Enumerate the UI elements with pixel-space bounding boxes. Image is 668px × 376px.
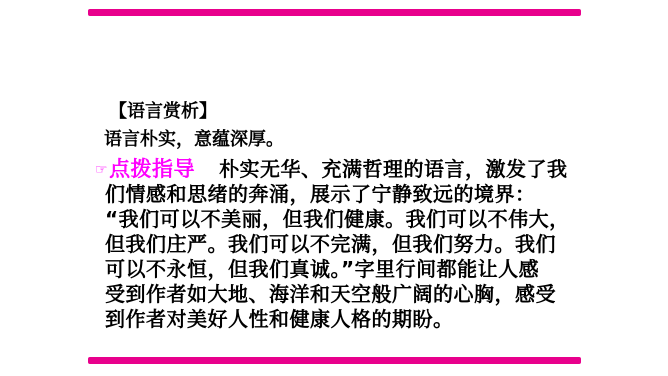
paragraph-line: “我们可以不美丽，但我们健康。我们可以不伟大， [105,207,570,232]
slide-canvas: 【语言赏析】 语言朴实，意蕴深厚。 ☞点拨指导朴实无华、充满哲理的语言，激发了我… [0,0,668,376]
paragraph-line: ☞点拨指导朴实无华、充满哲理的语言，激发了我 [95,157,570,182]
pointing-hand-icon: ☞ [95,162,108,178]
top-accent-bar [88,9,581,16]
paragraph-line-text: 朴实无华、充满哲理的语言，激发了我 [219,157,568,181]
paragraph-line: 可以不永恒，但我们真诚。”字里行间都能让人感 [105,257,570,282]
paragraph-line: 但我们庄严。我们可以不完满，但我们努力。我们 [105,232,570,257]
subtitle-line: 语言朴实，意蕴深厚。 [104,128,284,152]
paragraph-line: 到作者对美好人性和健康人格的期盼。 [105,307,570,332]
bottom-accent-bar [88,357,581,364]
paragraph-line: 受到作者如大地、海洋和天空般广阔的心胸，感受 [105,282,570,307]
page-title: 【语言赏析】 [109,100,217,124]
paragraph-line: 们情感和思绪的奔涌，展示了宁静致远的境界： [105,182,570,207]
lead-label: 点拨指导 [109,157,195,181]
analysis-paragraph: ☞点拨指导朴实无华、充满哲理的语言，激发了我 们情感和思绪的奔涌，展示了宁静致远… [95,157,570,332]
